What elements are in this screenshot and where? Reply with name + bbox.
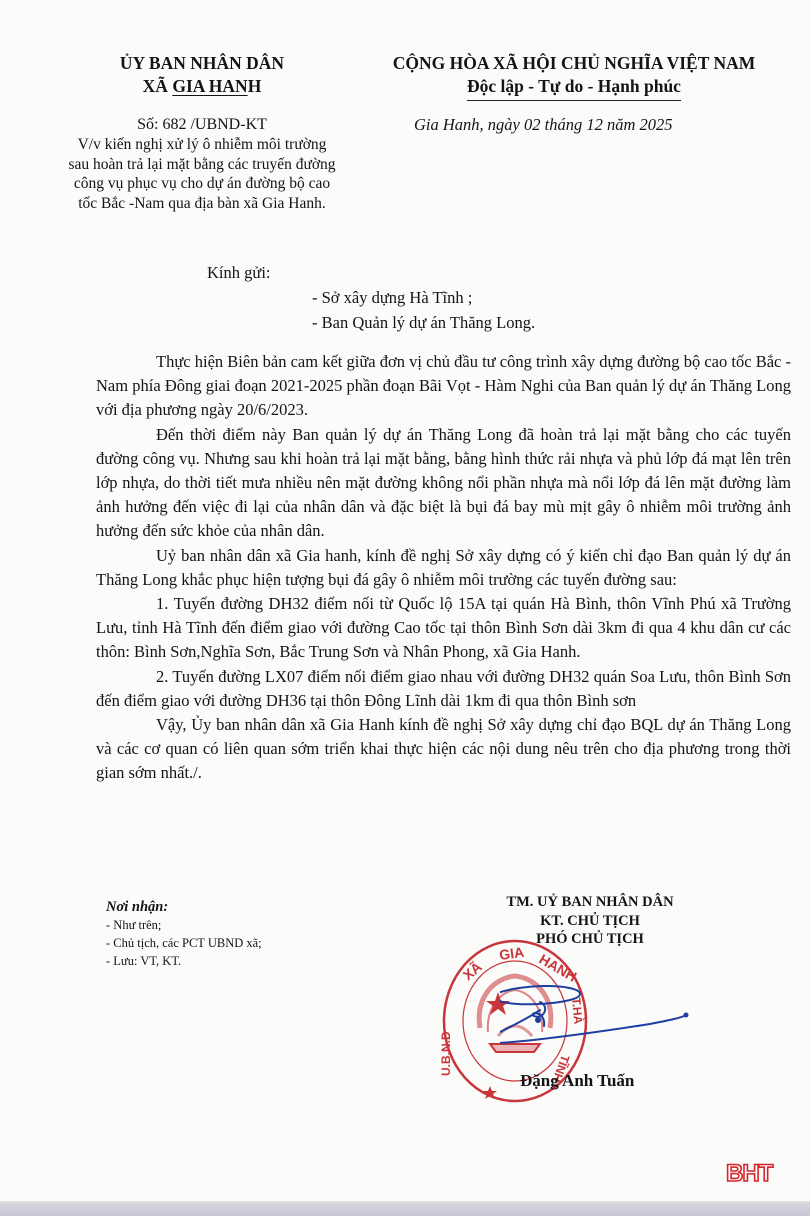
document-body: Thực hiện Biên bản cam kết giữa đơn vị c…: [96, 350, 791, 786]
document-subject: V/v kiến nghị xử lý ô nhiễm môi trường s…: [67, 135, 337, 213]
distribution-item: - Chủ tịch, các PCT UBND xã;: [106, 934, 262, 952]
document-number: Số: 682 /UBND-KT: [82, 115, 322, 135]
signature-title-3: PHÓ CHỦ TỊCH: [470, 930, 710, 949]
body-list-item: 1. Tuyến đường DH32 điểm nối từ Quốc lộ …: [96, 592, 791, 665]
nation-title: CỘNG HÒA XÃ HỘI CHỦ NGHĨA VIỆT NAM: [374, 52, 774, 75]
signature-block: TM. UỶ BAN NHÂN DÂN KT. CHỦ TỊCH PHÓ CHỦ…: [470, 893, 710, 949]
bht-logo: BHT: [726, 1160, 772, 1188]
svg-text:U.B.N.D: U.B.N.D: [440, 1031, 453, 1076]
signature-title-1: TM. UỶ BAN NHÂN DÂN: [470, 893, 710, 912]
issuer-commune: XÃ GIA HANH: [82, 75, 322, 98]
bottom-edge-bar: [0, 1201, 810, 1216]
body-paragraph: Thực hiện Biên bản cam kết giữa đơn vị c…: [96, 350, 791, 423]
recipient-item: - Sở xây dựng Hà Tĩnh ;: [207, 285, 535, 310]
recipient-item: - Ban Quản lý dự án Thăng Long.: [207, 310, 535, 335]
commune-suffix: H: [248, 76, 262, 96]
national-header: CỘNG HÒA XÃ HỘI CHỦ NGHĨA VIỆT NAM Độc l…: [374, 52, 774, 135]
body-paragraph: Uỷ ban nhân dân xã Gia hanh, kính đề ngh…: [96, 544, 791, 592]
commune-underlined: GIA HAN: [172, 76, 247, 96]
signature-title-2: KT. CHỦ TỊCH: [470, 912, 710, 931]
issuer-name: ỦY BAN NHÂN DÂN: [82, 52, 322, 75]
signer-name: Đặng Anh Tuấn: [520, 1071, 634, 1091]
body-paragraph: Vậy, Ủy ban nhân dân xã Gia Hanh kính đề…: [96, 713, 791, 786]
distribution-title: Nơi nhận:: [106, 898, 262, 916]
document-page: ỦY BAN NHÂN DÂN XÃ GIA HANH Số: 682 /UBN…: [0, 0, 810, 1201]
national-motto: Độc lập - Tự do - Hạnh phúc: [467, 75, 681, 101]
place-date: Gia Hanh, ngày 02 tháng 12 năm 2025: [374, 115, 774, 135]
recipients-label: Kính gửi:: [207, 260, 535, 285]
body-list-item: 2. Tuyến đường LX07 điểm nối điểm giao n…: [96, 665, 791, 713]
recipients: Kính gửi: - Sở xây dựng Hà Tĩnh ; - Ban …: [207, 260, 535, 335]
distribution-item: - Như trên;: [106, 916, 262, 934]
body-paragraph: Đến thời điểm này Ban quản lý dự án Thăn…: [96, 423, 791, 544]
handwritten-signature-icon: [500, 980, 740, 1060]
issuer-header: ỦY BAN NHÂN DÂN XÃ GIA HANH Số: 682 /UBN…: [82, 52, 322, 213]
distribution-item: - Lưu: VT, KT.: [106, 952, 262, 970]
distribution-list: Nơi nhận: - Như trên; - Chủ tịch, các PC…: [106, 898, 262, 970]
svg-text:XÃ: XÃ: [459, 958, 485, 984]
commune-prefix: XÃ: [143, 76, 173, 96]
